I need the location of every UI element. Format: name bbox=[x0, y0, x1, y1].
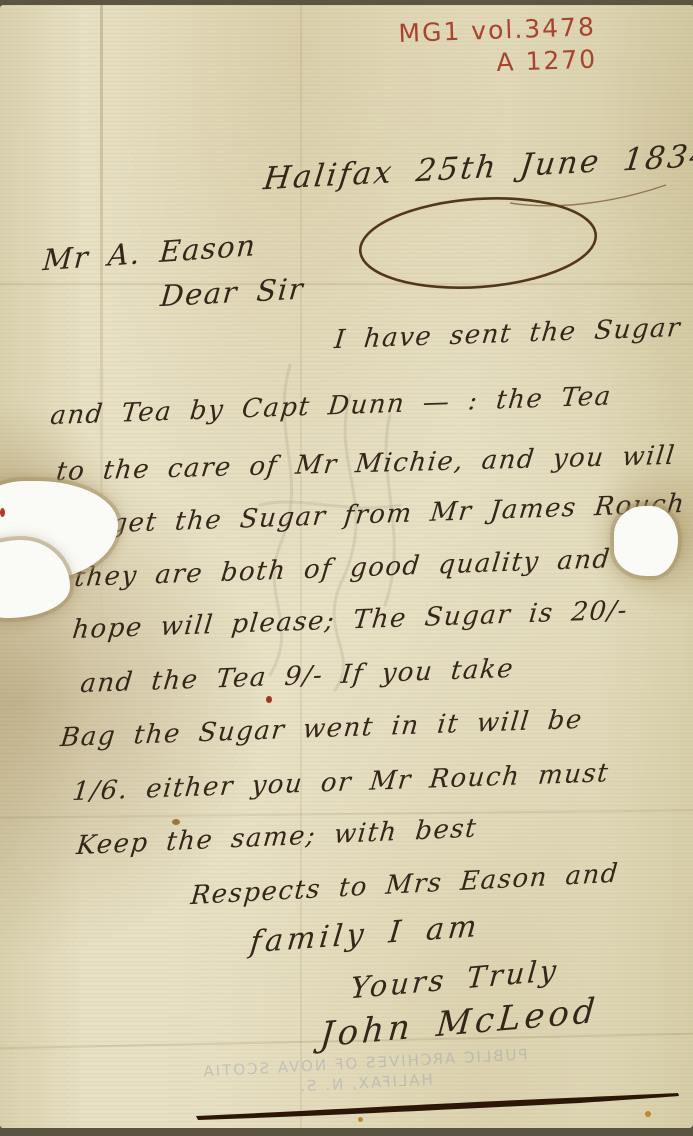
archival-number-line2: A 1270 bbox=[496, 44, 598, 76]
letter-paper: MG1 vol.3478 A 1270 Halifax 25th June 18… bbox=[0, 5, 693, 1128]
closing-line: family I am bbox=[248, 909, 482, 960]
ink-flourish-oval bbox=[330, 177, 670, 297]
body-line: I have sent the Sugar bbox=[333, 313, 683, 355]
body-line: and Tea by Capt Dunn — : the Tea bbox=[49, 381, 613, 431]
body-line: get the Sugar from Mr James Rouch — bbox=[109, 487, 693, 539]
foxing-speck bbox=[645, 1111, 651, 1117]
body-line: hope will please; The Sugar is 20/- bbox=[71, 596, 630, 646]
foxing-speck bbox=[358, 1117, 363, 1122]
ink-speck bbox=[0, 508, 5, 517]
body-line: and the Tea 9/- If you take bbox=[79, 654, 516, 699]
body-line: to the care of Mr Michie, and you will bbox=[55, 441, 678, 487]
archival-number-line1: MG1 vol.3478 bbox=[398, 12, 596, 48]
body-line: Keep the same; with best bbox=[75, 814, 479, 862]
horizontal-fold-crease bbox=[0, 283, 693, 285]
body-line: they are both of good quality and bbox=[73, 544, 612, 593]
scanned-letter-page: { "archival_note": { "line1": "MG1 vol.3… bbox=[0, 0, 693, 1136]
recipient-line: Mr A. Eason bbox=[42, 228, 258, 277]
stain-speck bbox=[172, 819, 180, 825]
torn-hole-right bbox=[614, 506, 678, 576]
salutation: Dear Sir bbox=[159, 271, 306, 313]
body-line: 1/6. either you or Mr Rouch must bbox=[71, 758, 611, 807]
closing-line: Respects to Mrs Eason and bbox=[189, 859, 620, 912]
dateline: Halifax 25th June 1834 bbox=[262, 138, 693, 198]
body-line: Bag the Sugar went in it will be bbox=[59, 705, 585, 753]
ink-speck bbox=[266, 696, 272, 703]
horizontal-fold-crease bbox=[0, 809, 693, 818]
